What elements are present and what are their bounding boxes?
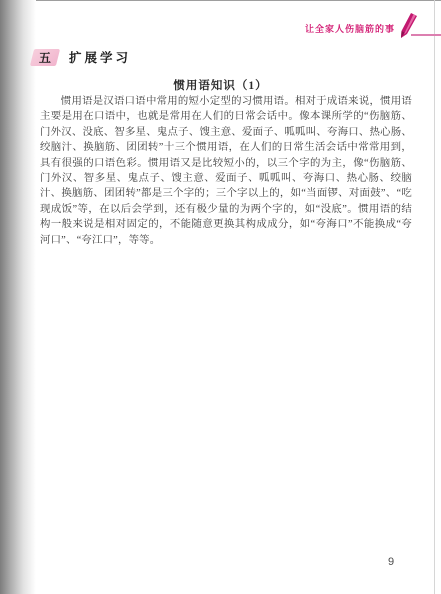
article-paragraph: 惯用语是汉语口语中常用的短小定型的习惯用语。相对于成语来说，惯用语主要是用在口语… [40,94,412,248]
section-title: 扩展学习 [69,48,131,66]
section-number: 五 [39,51,51,63]
book-page: 让全家人伤脑筋的事 五 扩展学习 惯用语知识（1） 惯用语是汉语口语中常用的短小… [0,0,441,594]
page-number: 9 [388,556,394,568]
article-title: 惯用语知识（1） [0,77,441,93]
running-head: 让全家人伤脑筋的事 [305,22,395,35]
page-edge-top [0,0,441,1]
section-number-badge: 五 [30,49,60,66]
section-heading: 五 扩展学习 [32,48,131,66]
header-rule [411,34,441,36]
